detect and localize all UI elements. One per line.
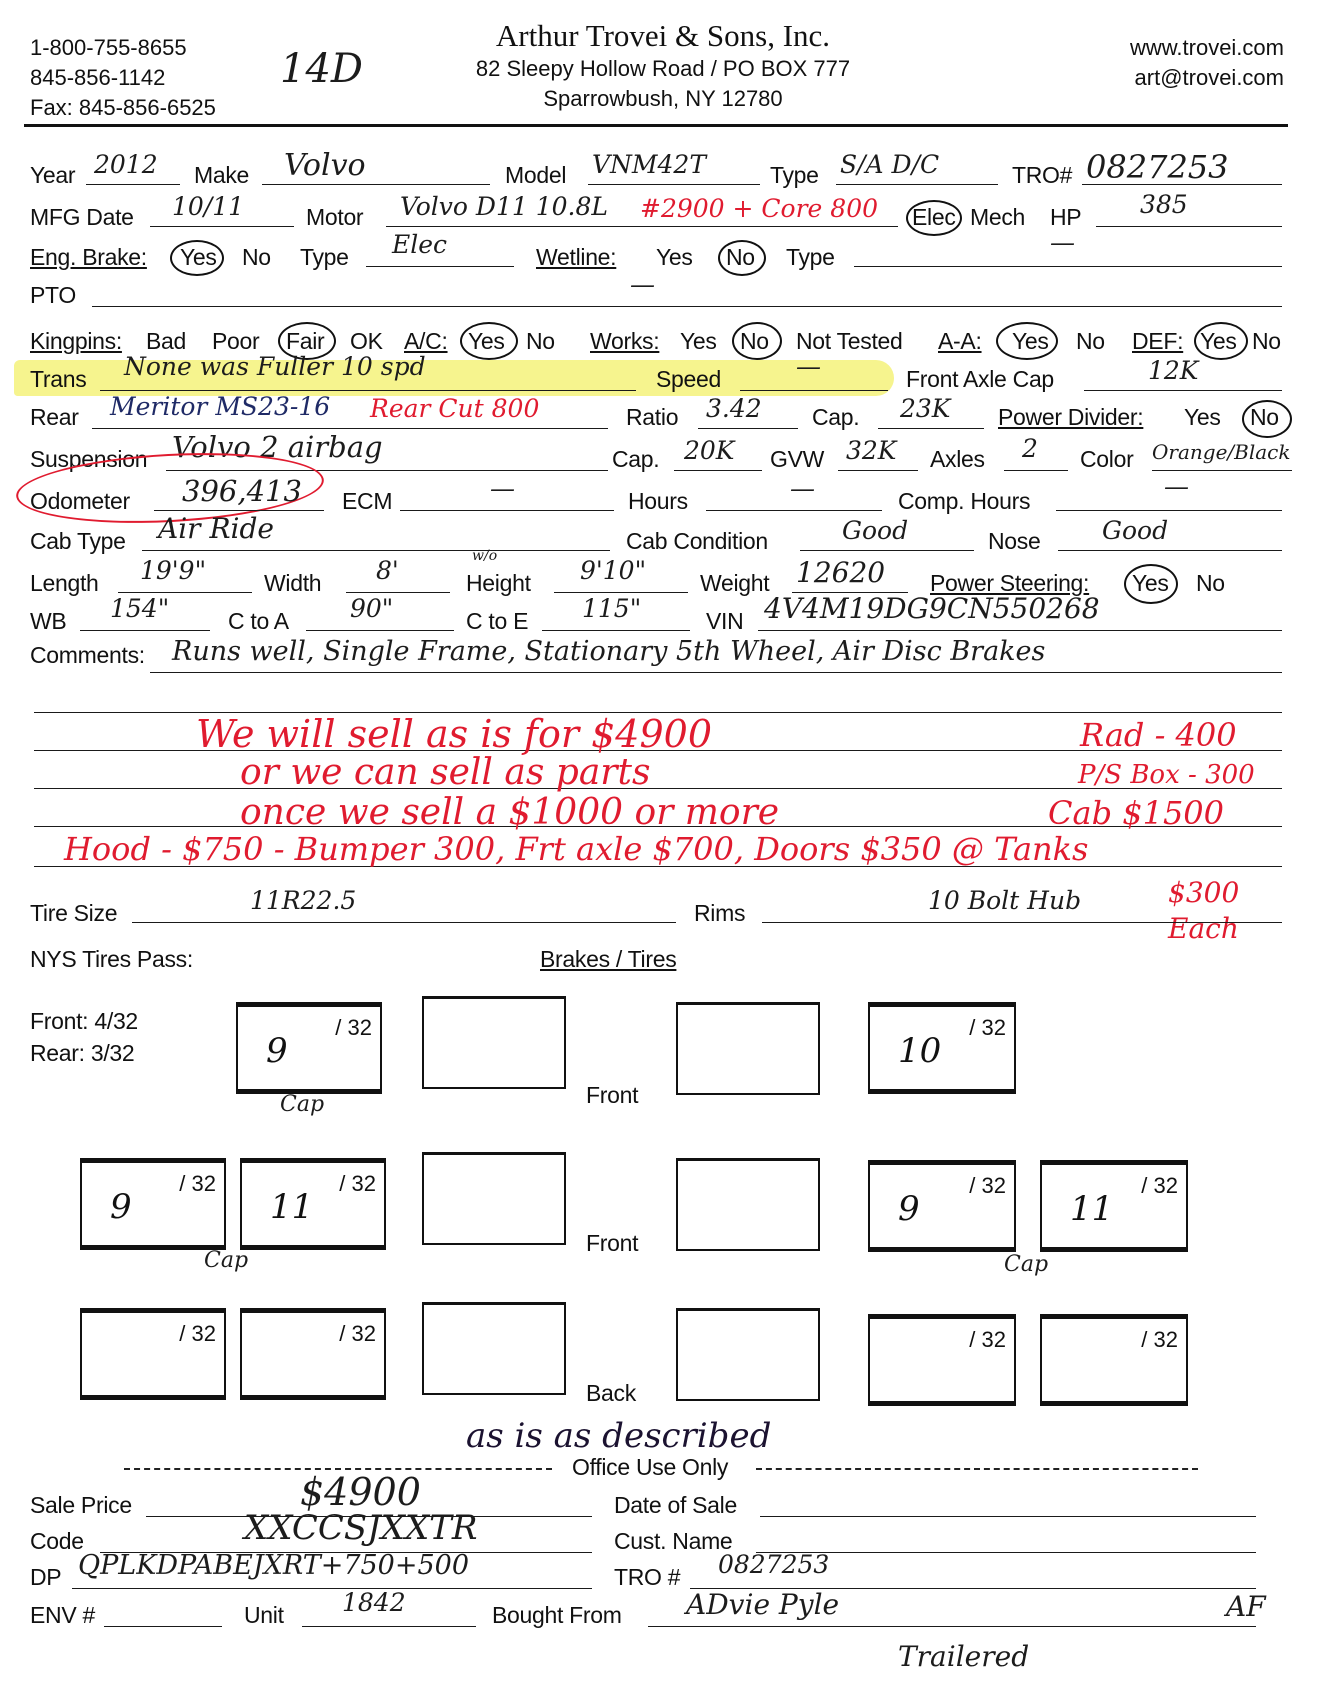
def-no[interactable]: No [1252, 328, 1281, 355]
rear-value: Meritor MS23-16 [110, 392, 330, 421]
env-label: ENV # [30, 1602, 95, 1629]
brakes-tires-heading: Brakes / Tires [540, 946, 676, 973]
selected-circle [732, 322, 782, 360]
wb-value: 154" [110, 594, 169, 623]
tire-box-drive-right-inner[interactable]: 9 / 32 [868, 1160, 1016, 1252]
trans-value: None was Fuller 10 spd [124, 352, 426, 381]
speed-label: Speed [656, 366, 721, 393]
office-tro-label: TRO # [614, 1564, 680, 1591]
eng-brake-type-label: Type [300, 244, 349, 271]
c-to-a-field[interactable] [306, 630, 454, 631]
c-to-e-value: 115" [582, 594, 641, 623]
year-field[interactable] [86, 184, 180, 185]
rims-field[interactable] [762, 922, 1282, 923]
model-value: VNM42T [592, 150, 706, 179]
wetline-yes[interactable]: Yes [656, 244, 693, 271]
nys-tires-label: NYS Tires Pass: [30, 946, 193, 973]
vin-label: VIN [706, 608, 743, 635]
selected-circle [1242, 400, 1292, 438]
bought-from-value: ADvie Pyle [686, 1588, 839, 1621]
ratio-field[interactable] [698, 428, 798, 429]
width-field[interactable] [346, 592, 450, 593]
make-field[interactable] [262, 184, 490, 185]
tire-box-rear-left-inner[interactable]: / 32 [240, 1308, 386, 1400]
hours-value: — [790, 474, 815, 503]
hours-label: Hours [628, 488, 688, 515]
unit-label: Unit [244, 1602, 284, 1629]
odometer-label: Odometer [30, 488, 130, 515]
wetline-type-value: — [1050, 228, 1075, 257]
tire-size-value: 11R22.5 [250, 886, 356, 915]
works-label: Works: [590, 328, 659, 355]
rims-label: Rims [694, 900, 745, 927]
rear-cap-field[interactable] [878, 428, 984, 429]
kingpins-ok[interactable]: OK [350, 328, 383, 355]
tire-box-drive-left-inner[interactable]: 11 / 32 [240, 1158, 386, 1250]
kingpins-poor[interactable]: Poor [212, 328, 259, 355]
axles-label: Axles [930, 446, 985, 473]
brake-box-drive-left[interactable] [422, 1152, 566, 1245]
cab-type-value: Air Ride [158, 512, 274, 545]
bought-from-label: Bought From [492, 1602, 622, 1629]
tread-value: 9 [110, 1187, 132, 1227]
nose-field[interactable] [1058, 550, 1282, 551]
motor-type-mech[interactable]: Mech [970, 204, 1025, 231]
tire-box-front-left[interactable]: 9 / 32 [236, 1002, 382, 1094]
power-steering-no[interactable]: No [1196, 570, 1225, 597]
front-tread-requirement: Front: 4/32 [30, 1008, 138, 1035]
aa-label: A-A: [938, 328, 982, 355]
tread-value: 11 [1070, 1189, 1113, 1229]
sale-price-label: Sale Price [30, 1492, 132, 1519]
pto-field[interactable] [92, 306, 1282, 307]
axles-value: 2 [1022, 434, 1038, 463]
red-note-ps-box: P/S Box - 300 [1078, 760, 1255, 790]
tire-size-label: Tire Size [30, 900, 117, 927]
date-of-sale-label: Date of Sale [614, 1492, 737, 1519]
c-to-e-field[interactable] [542, 630, 690, 631]
susp-cap-value: 20K [684, 436, 735, 465]
aa-no[interactable]: No [1076, 328, 1105, 355]
cab-type-field[interactable] [142, 550, 610, 551]
selected-circle [718, 240, 766, 276]
front-axle-label-2: Front [586, 1230, 638, 1257]
tread-unit: / 32 [335, 1015, 372, 1041]
speed-value: — [796, 352, 821, 381]
selected-circle [906, 200, 962, 236]
bought-from-initials: AF [1226, 1590, 1266, 1623]
comments-value: Runs well, Single Frame, Stationary 5th … [172, 636, 1045, 667]
rear-tread-requirement: Rear: 3/32 [30, 1040, 134, 1067]
dp-value: QPLKDPABEJXRT+750+500 [78, 1550, 469, 1581]
wb-field[interactable] [80, 630, 210, 631]
tread-unit: / 32 [179, 1321, 216, 1347]
color-value: Orange/Black [1152, 440, 1290, 464]
wetline-type-label: Type [786, 244, 835, 271]
company-block: Arthur Trovei & Sons, Inc. 82 Sleepy Hol… [0, 18, 1326, 114]
contact-block: www.trovei.com art@trovei.com [1130, 33, 1284, 93]
tire-box-rear-left-outer[interactable]: / 32 [80, 1308, 226, 1400]
gvw-value: 32K [846, 436, 897, 465]
type-value: S/A D/C [840, 150, 939, 179]
tread-value: 11 [270, 1187, 313, 1227]
front-axle-label: Front [586, 1082, 638, 1109]
nose-label: Nose [988, 528, 1041, 555]
as-is-note: as is as described [466, 1416, 771, 1456]
color-field[interactable] [1152, 470, 1292, 471]
cab-condition-label: Cab Condition [626, 528, 768, 555]
hp-label: HP [1050, 204, 1081, 231]
pto-value: — [630, 270, 655, 299]
tread-unit: / 32 [339, 1171, 376, 1197]
def-label: DEF: [1132, 328, 1183, 355]
length-field[interactable] [118, 592, 252, 593]
eng-brake-type-value: Elec [392, 230, 447, 259]
year-label: Year [30, 162, 75, 189]
red-note-cab: Cab $1500 [1048, 794, 1224, 832]
cust-name-field[interactable] [756, 1552, 1256, 1553]
ac-label: A/C: [404, 328, 448, 355]
wetline-label: Wetline: [536, 244, 616, 271]
red-note-line-3: once we sell a $1000 or more [240, 792, 779, 833]
width-value: 8' [376, 556, 399, 585]
tread-unit: / 32 [1141, 1327, 1178, 1353]
motor-price-note: #2900 + Core 800 [640, 194, 878, 223]
power-divider-yes[interactable]: Yes [1184, 404, 1221, 431]
tire-box-drive-left-outer[interactable]: 9 / 32 [80, 1158, 226, 1250]
length-label: Length [30, 570, 99, 597]
weight-value: 12620 [796, 556, 885, 589]
wetline-type-field[interactable] [854, 266, 1282, 267]
address-line-2: Sparrowbush, NY 12780 [0, 84, 1326, 114]
ratio-label: Ratio [626, 404, 678, 431]
power-divider-label: Power Divider: [998, 404, 1143, 431]
height-label: Height [466, 570, 531, 597]
works-yes[interactable]: Yes [680, 328, 717, 355]
website-link[interactable]: www.trovei.com [1130, 33, 1284, 63]
length-value: 19'9" [140, 556, 206, 585]
brake-box-front-right[interactable] [676, 1002, 820, 1095]
make-value: Volvo [284, 148, 366, 183]
susp-cap-field[interactable] [674, 470, 762, 471]
eng-brake-no[interactable]: No [242, 244, 271, 271]
env-field[interactable] [104, 1626, 222, 1627]
hp-field[interactable] [1096, 226, 1282, 227]
brake-box-drive-right[interactable] [676, 1158, 820, 1251]
brake-box-rear-left[interactable] [422, 1302, 566, 1395]
trans-field[interactable] [100, 390, 636, 391]
tire-box-drive-right-outer[interactable]: 11 / 32 [1040, 1160, 1188, 1252]
front-axle-cap-label: Front Axle Cap [906, 366, 1054, 393]
odometer-field[interactable] [154, 510, 324, 511]
mfg-date-value: 10/11 [172, 192, 244, 221]
tread-unit: / 32 [1141, 1173, 1178, 1199]
code-value: XXCCSJXXTR [244, 1508, 477, 1548]
rims-value: 10 Bolt Hub [928, 886, 1081, 915]
cust-name-label: Cust. Name [614, 1528, 732, 1555]
tro-label: TRO# [1012, 162, 1072, 189]
cab-type-label: Cab Type [30, 528, 126, 555]
cab-condition-value: Good [842, 516, 908, 545]
tread-unit: / 32 [969, 1327, 1006, 1353]
tread-unit: / 32 [179, 1171, 216, 1197]
c-to-a-label: C to A [228, 608, 289, 635]
unit-field[interactable] [302, 1626, 476, 1627]
brake-box-rear-right[interactable] [676, 1308, 820, 1401]
weight-label: Weight [700, 570, 769, 597]
header-divider [24, 124, 1288, 127]
tire-box-rear-right-outer[interactable]: / 32 [1040, 1314, 1188, 1406]
type-label: Type [770, 162, 819, 189]
tread-value: 9 [898, 1189, 920, 1229]
height-field[interactable] [554, 592, 688, 593]
back-axle-label: Back [586, 1380, 636, 1407]
cap-note: Cap [1004, 1252, 1048, 1277]
office-use-only-label: Office Use Only [572, 1454, 728, 1481]
kingpins-bad[interactable]: Bad [146, 328, 186, 355]
hours-field[interactable] [706, 510, 882, 511]
width-label: Width [264, 570, 321, 597]
office-divider-right [756, 1468, 1198, 1470]
bought-from-field[interactable] [648, 1626, 1256, 1627]
tro-value: 0827253 [1086, 148, 1229, 186]
dp-field[interactable] [72, 1588, 592, 1589]
gvw-label: GVW [770, 446, 824, 473]
motor-field[interactable] [386, 226, 898, 227]
type-field[interactable] [836, 184, 998, 185]
tire-size-field[interactable] [132, 922, 676, 923]
comp-hours-label: Comp. Hours [898, 488, 1030, 515]
email-link[interactable]: art@trovei.com [1130, 63, 1284, 93]
susp-cap-label: Cap. [612, 446, 659, 473]
tire-box-front-right[interactable]: 10 / 32 [868, 1002, 1016, 1094]
rear-cap-value: 23K [900, 394, 951, 423]
selected-circle [1124, 564, 1178, 604]
cab-condition-field[interactable] [800, 550, 974, 551]
tread-value: 9 [266, 1031, 288, 1071]
make-label: Make [194, 162, 249, 189]
address-line-1: 82 Sleepy Hollow Road / PO BOX 777 [0, 54, 1326, 84]
tread-unit: / 32 [339, 1321, 376, 1347]
tire-box-rear-right-inner[interactable]: / 32 [868, 1314, 1016, 1406]
dp-label: DP [30, 1564, 61, 1591]
ecm-value: — [490, 474, 515, 503]
selected-circle [170, 240, 224, 276]
motor-label: Motor [306, 204, 363, 231]
vin-value: 4V4M19DG9CN550268 [764, 592, 1100, 625]
cap-note: Cap [204, 1248, 248, 1273]
company-name: Arthur Trovei & Sons, Inc. [0, 18, 1326, 54]
motor-value: Volvo D11 10.8L [400, 192, 608, 221]
ecm-label: ECM [342, 488, 392, 515]
ecm-field[interactable] [400, 510, 614, 511]
rear-label: Rear [30, 404, 79, 431]
trans-label: Trans [30, 366, 86, 393]
office-tro-value: 0827253 [718, 1550, 829, 1579]
red-note-line-1: We will sell as is for $4900 [196, 712, 712, 756]
eng-brake-label: Eng. Brake: [30, 244, 147, 271]
comp-hours-value: — [1164, 472, 1189, 501]
works-not-tested[interactable]: Not Tested [796, 328, 903, 355]
gvw-field[interactable] [838, 470, 918, 471]
speed-field[interactable] [740, 390, 888, 391]
pto-label: PTO [30, 282, 76, 309]
red-note-rad: Rad - 400 [1080, 716, 1237, 754]
tread-unit: / 32 [969, 1015, 1006, 1041]
model-field[interactable] [588, 184, 760, 185]
red-note-each: Each [1168, 912, 1239, 945]
comments-label: Comments: [30, 642, 145, 669]
tread-unit: / 32 [969, 1173, 1006, 1199]
wb-label: WB [30, 608, 66, 635]
model-label: Model [505, 162, 566, 189]
axles-field[interactable] [1004, 470, 1068, 471]
cap-note: Cap [280, 1092, 324, 1117]
selected-circle [460, 322, 518, 360]
unit-value: 1842 [342, 1588, 406, 1617]
c-to-a-value: 90" [350, 594, 393, 623]
front-axle-cap-value: 12K [1148, 356, 1199, 385]
tread-value: 10 [898, 1031, 941, 1071]
ac-no[interactable]: No [526, 328, 555, 355]
code-label: Code [30, 1528, 84, 1555]
trailered-note: Trailered [898, 1640, 1029, 1673]
nose-value: Good [1102, 516, 1168, 545]
year-value: 2012 [94, 150, 158, 179]
height-note: w/o [472, 548, 497, 564]
red-note-line-2: or we can sell as parts [240, 752, 650, 793]
red-note-line-4: Hood - $750 - Bumper 300, Frt axle $700,… [64, 830, 1088, 868]
kingpins-label: Kingpins: [30, 328, 122, 355]
brake-box-front-left[interactable] [422, 996, 566, 1089]
eng-brake-type-field[interactable] [366, 266, 514, 267]
mfg-date-label: MFG Date [30, 204, 134, 231]
vin-field[interactable] [758, 630, 1282, 631]
rear-field[interactable] [92, 428, 608, 429]
selected-circle [1194, 322, 1248, 360]
hp-value: 385 [1140, 190, 1188, 219]
c-to-e-label: C to E [466, 608, 528, 635]
height-value: 9'10" [580, 556, 646, 585]
rear-cut-note: Rear Cut 800 [370, 394, 539, 423]
ratio-value: 3.42 [706, 394, 762, 423]
odometer-value: 396,413 [182, 474, 302, 508]
rear-cap-label: Cap. [812, 404, 859, 431]
front-axle-cap-field[interactable] [1084, 390, 1282, 391]
selected-circle [996, 322, 1058, 360]
red-note-tank-price: $300 [1168, 876, 1239, 909]
color-label: Color [1080, 446, 1133, 473]
date-of-sale-field[interactable] [760, 1516, 1256, 1517]
comments-line-1[interactable] [150, 672, 1282, 673]
mfg-date-field[interactable] [150, 226, 294, 227]
comp-hours-field[interactable] [1056, 510, 1282, 511]
